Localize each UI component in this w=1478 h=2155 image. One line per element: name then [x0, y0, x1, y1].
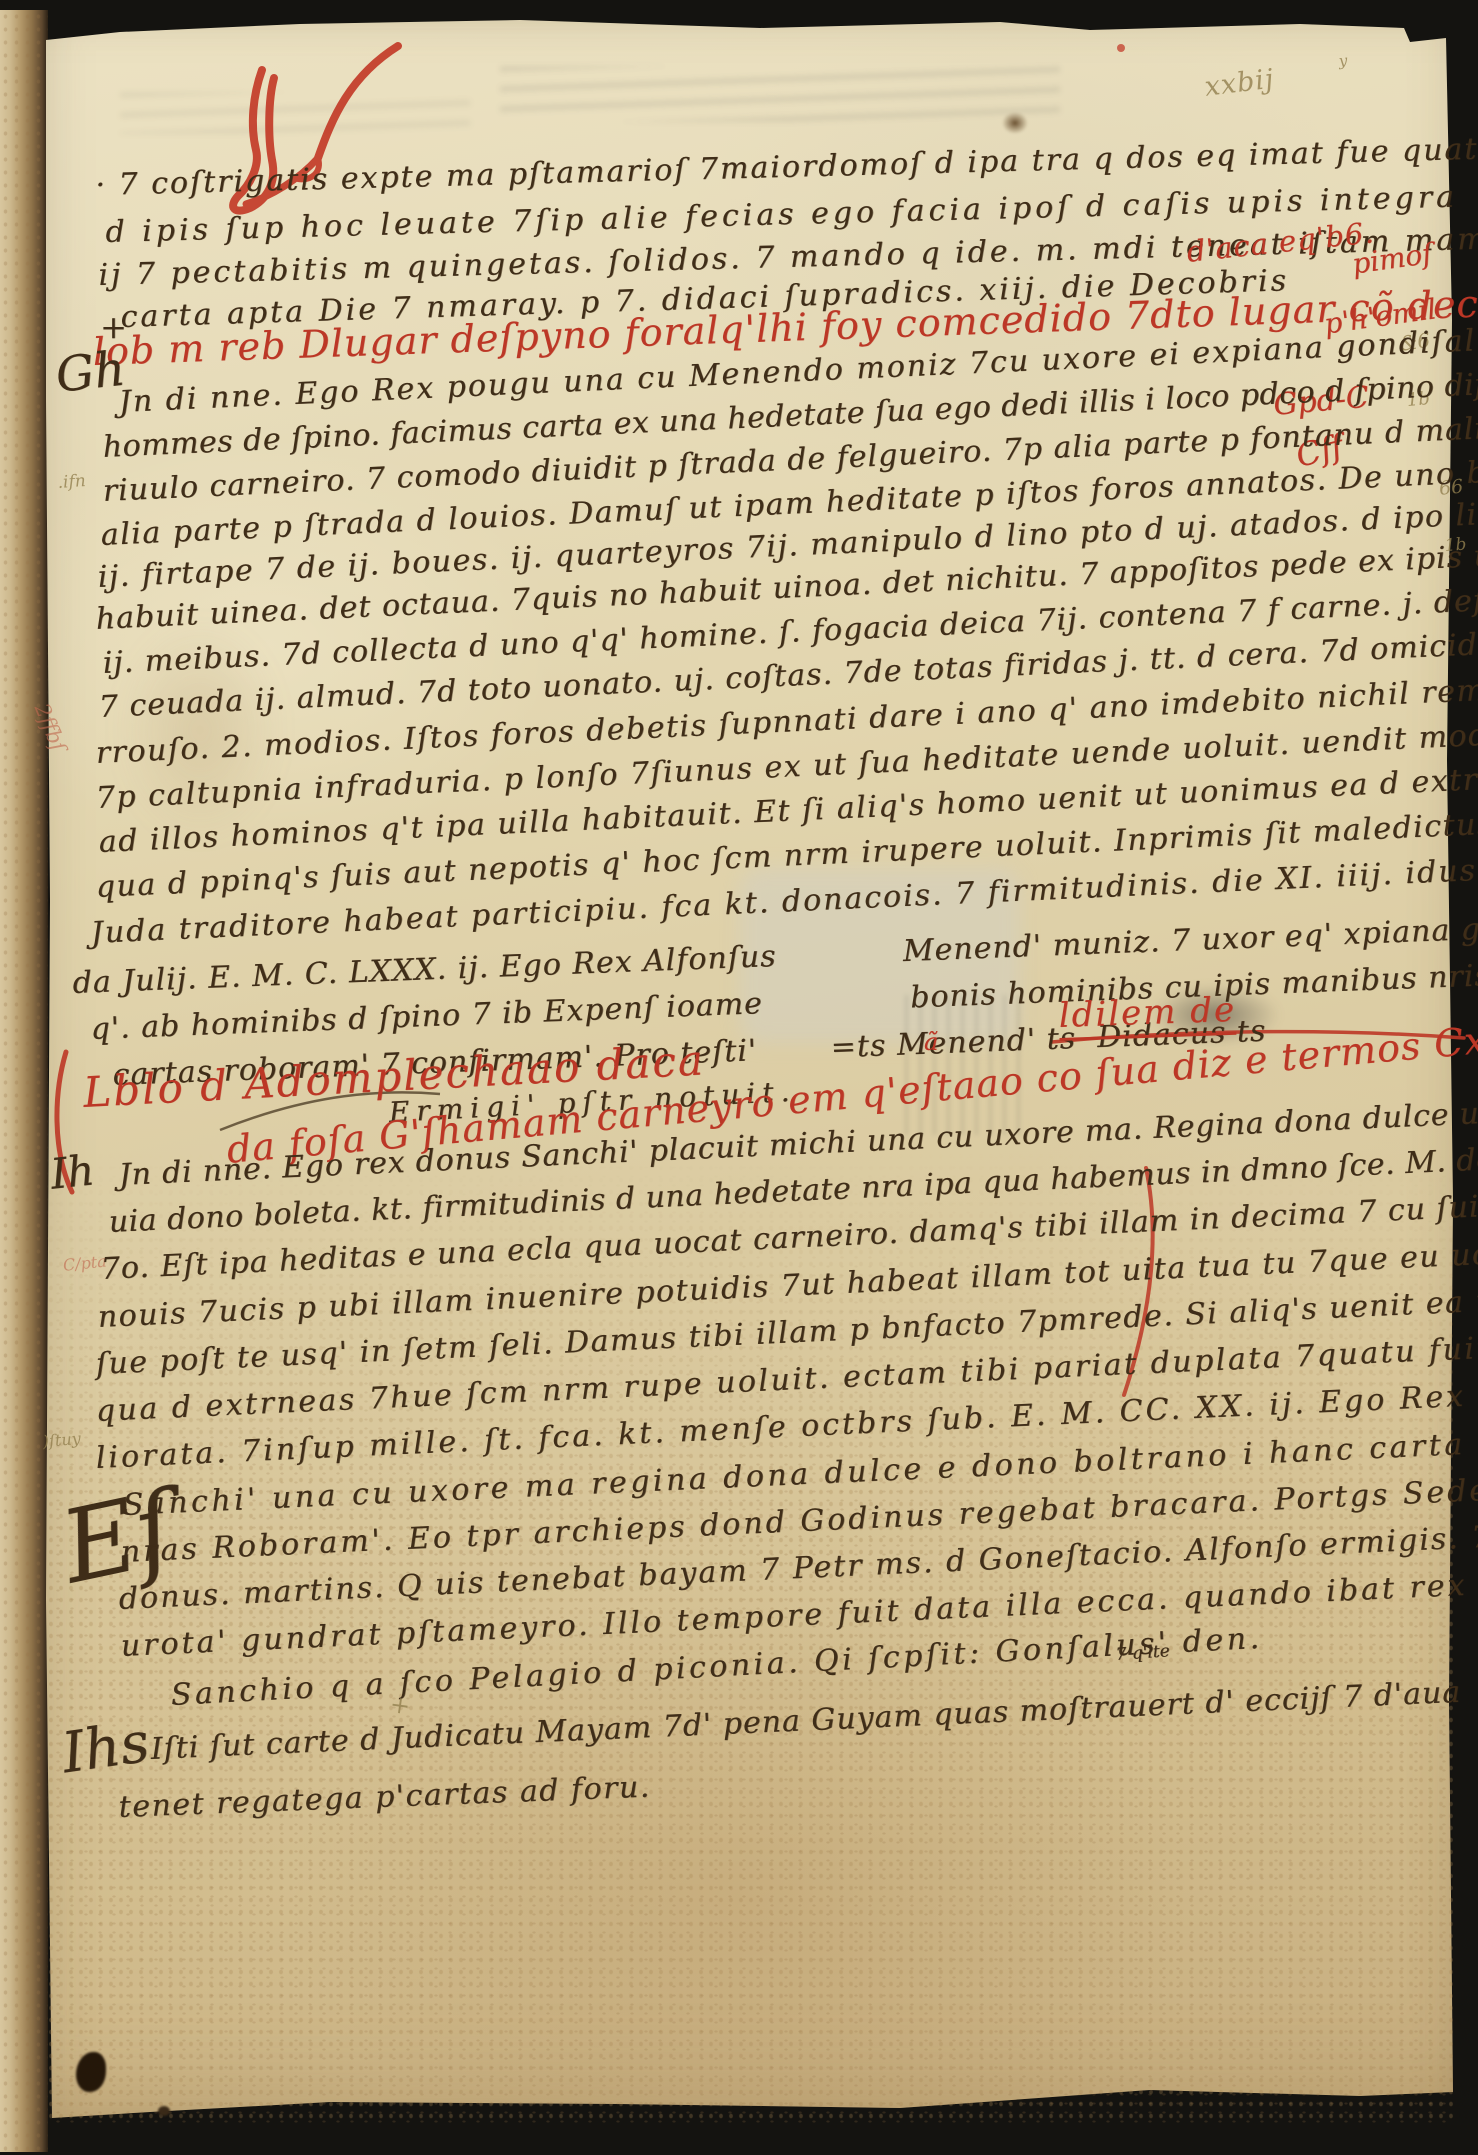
margin-note-ifn: .ifn	[57, 471, 86, 493]
bottom-note-cross: +	[388, 1690, 412, 1721]
bottom-note-paraph: Ihs	[58, 1710, 153, 1786]
rubric2-atilde: ã	[924, 1028, 938, 1056]
bottom-note-sup: 7 q'lte	[1115, 1641, 1170, 1665]
charter1-paraph: Gh	[53, 341, 128, 404]
margin-note-jstuy: )ſtuy	[42, 1429, 81, 1451]
margin-mark-y: y	[1338, 51, 1348, 70]
manuscript-photo: xxbijy· 7 coſtrigatis expte ma pſtamario…	[0, 0, 1478, 2155]
rubric2-right: ldilem de	[1058, 990, 1237, 1041]
charter2-paraph: Ih	[48, 1145, 97, 1198]
